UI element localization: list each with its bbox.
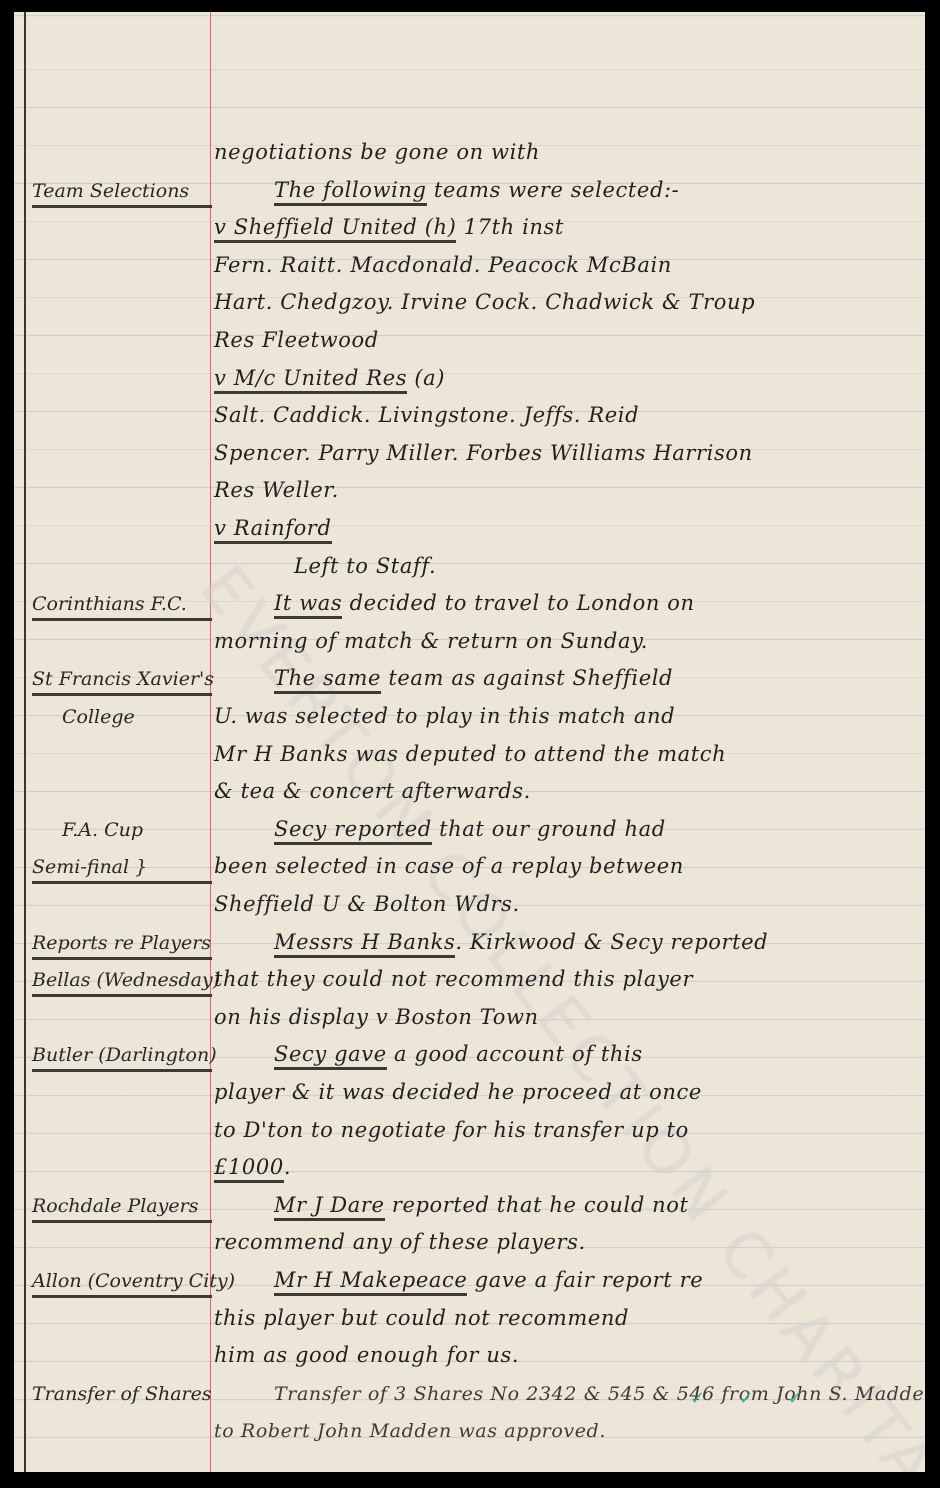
minute-line: this player but could not recommend [14,1298,925,1336]
minute-line: player & it was decided he proceed at on… [14,1072,925,1110]
minute-line: & tea & concert afterwards. [14,771,925,809]
minute-text: that they could not recommend this playe… [214,967,913,991]
minute-text: Secy gave a good account of this [214,1042,913,1066]
minute-line: Bellas (Wednesday)that they could not re… [14,959,925,997]
minute-line: Reports re PlayersMessrs H Banks. Kirkwo… [14,922,925,960]
minute-line: v M/c United Res (a) [14,358,925,396]
margin-heading: Reports re Players [32,932,212,954]
minute-text: been selected in case of a replay betwee… [214,854,913,878]
minute-text: recommend any of these players. [214,1230,913,1254]
margin-heading: Rochdale Players [32,1195,212,1217]
minute-text: U. was selected to play in this match an… [214,704,913,728]
underlined-phrase: Mr H Makepeace [274,1268,467,1296]
minute-line: Hart. Chedgzoy. Irvine Cock. Chadwick & … [14,282,925,320]
minute-line: Corinthians F.C.It was decided to travel… [14,583,925,621]
minute-text: v M/c United Res (a) [214,366,913,390]
minute-line: £1000. [14,1147,925,1185]
minute-text: to D'ton to negotiate for his transfer u… [214,1118,913,1142]
margin-heading: Semi-final } [32,856,212,878]
minute-text: to Robert John Madden was approved. [214,1420,913,1442]
minute-text: v Rainford [214,516,913,540]
minute-text: negotiations be gone on with [214,140,913,164]
margin-heading: Allon (Coventry City) [32,1270,212,1292]
minute-line: Sheffield U & Bolton Wdrs. [14,884,925,922]
minute-line: Res Weller. [14,470,925,508]
underlined-phrase: v Rainford [214,516,332,544]
minute-line: negotiations be gone on with [14,132,925,170]
underlined-phrase: Secy reported [274,817,432,845]
margin-heading: Transfer of Shares [32,1383,212,1405]
underlined-phrase: £1000 [214,1155,284,1183]
minute-text: on his display v Boston Town [214,1005,913,1029]
margin-heading: Bellas (Wednesday) [32,969,212,991]
underlined-phrase: It was [274,591,342,619]
minute-text: Fern. Raitt. Macdonald. Peacock McBain [214,253,913,277]
minute-text: Mr H Banks was deputed to attend the mat… [214,742,913,766]
minute-text: £1000. [214,1155,913,1179]
margin-heading: Butler (Darlington) [32,1044,212,1066]
minute-text: Secy reported that our ground had [214,817,913,841]
minute-line: Mr H Banks was deputed to attend the mat… [14,734,925,772]
minute-line: v Rainford [14,508,925,546]
minute-line: to Robert John Madden was approved. [14,1410,925,1448]
minute-line: him as good enough for us. [14,1335,925,1373]
minute-line: Rochdale PlayersMr J Dare reported that … [14,1185,925,1223]
minute-text: morning of match & return on Sunday. [214,629,913,653]
minute-text: Res Weller. [214,478,913,502]
tick-marks-annotation: ✓ ✓ ✓ [690,1388,817,1409]
underlined-phrase: v Sheffield United (h) [214,215,456,243]
underlined-phrase: v M/c United Res [214,366,407,394]
minute-line: Allon (Coventry City)Mr H Makepeace gave… [14,1260,925,1298]
minute-text: Salt. Caddick. Livingstone. Jeffs. Reid [214,403,913,427]
margin-heading: Corinthians F.C. [32,593,212,615]
minute-line: Butler (Darlington)Secy gave a good acco… [14,1034,925,1072]
minute-line: CollegeU. was selected to play in this m… [14,696,925,734]
minute-text: Mr H Makepeace gave a fair report re [214,1268,913,1292]
minute-text: Res Fleetwood [214,328,913,352]
minute-text: Hart. Chedgzoy. Irvine Cock. Chadwick & … [214,290,913,314]
minute-text: The following teams were selected:- [214,178,913,202]
underlined-phrase: Messrs H Banks [274,930,455,958]
minute-text: Mr J Dare reported that he could not [214,1193,913,1217]
minute-text: Sheffield U & Bolton Wdrs. [214,892,913,916]
minute-text: It was decided to travel to London on [214,591,913,615]
underlined-phrase: The following [274,178,427,206]
minute-text: player & it was decided he proceed at on… [214,1080,913,1104]
minute-text: Spencer. Parry Miller. Forbes Williams H… [214,441,913,465]
minute-text: him as good enough for us. [214,1343,913,1367]
minute-line: F.A. CupSecy reported that our ground ha… [14,809,925,847]
minute-line: morning of match & return on Sunday. [14,621,925,659]
minute-line: on his display v Boston Town [14,997,925,1035]
minute-line: v Sheffield United (h) 17th inst [14,207,925,245]
underlined-phrase: Secy gave [274,1042,387,1070]
minute-text: Messrs H Banks. Kirkwood & Secy reported [214,930,913,954]
minute-line: Fern. Raitt. Macdonald. Peacock McBain [14,245,925,283]
minute-text: & tea & concert afterwards. [214,779,913,803]
minute-line: St Francis Xavier'sThe same team as agai… [14,658,925,696]
minute-line: recommend any of these players. [14,1222,925,1260]
underlined-phrase: Mr J Dare [274,1193,385,1221]
minute-line: Team SelectionsThe following teams were … [14,170,925,208]
underlined-phrase: The same [274,666,381,694]
minute-line: Left to Staff. [14,546,925,584]
minute-line: Semi-final }been selected in case of a r… [14,846,925,884]
manuscript-page: EVERTON COLLECTION CHARITABLE TRUST nego… [14,12,925,1472]
minute-text: this player but could not recommend [214,1306,913,1330]
minute-line: to D'ton to negotiate for his transfer u… [14,1110,925,1148]
minute-text: Left to Staff. [214,554,913,578]
margin-heading: Team Selections [32,180,212,202]
minute-line: Spencer. Parry Miller. Forbes Williams H… [14,433,925,471]
margin-heading: St Francis Xavier's [32,668,212,690]
minute-line: Res Fleetwood [14,320,925,358]
minute-text: The same team as against Sheffield [214,666,913,690]
minute-line: Salt. Caddick. Livingstone. Jeffs. Reid [14,395,925,433]
minute-text: v Sheffield United (h) 17th inst [214,215,913,239]
